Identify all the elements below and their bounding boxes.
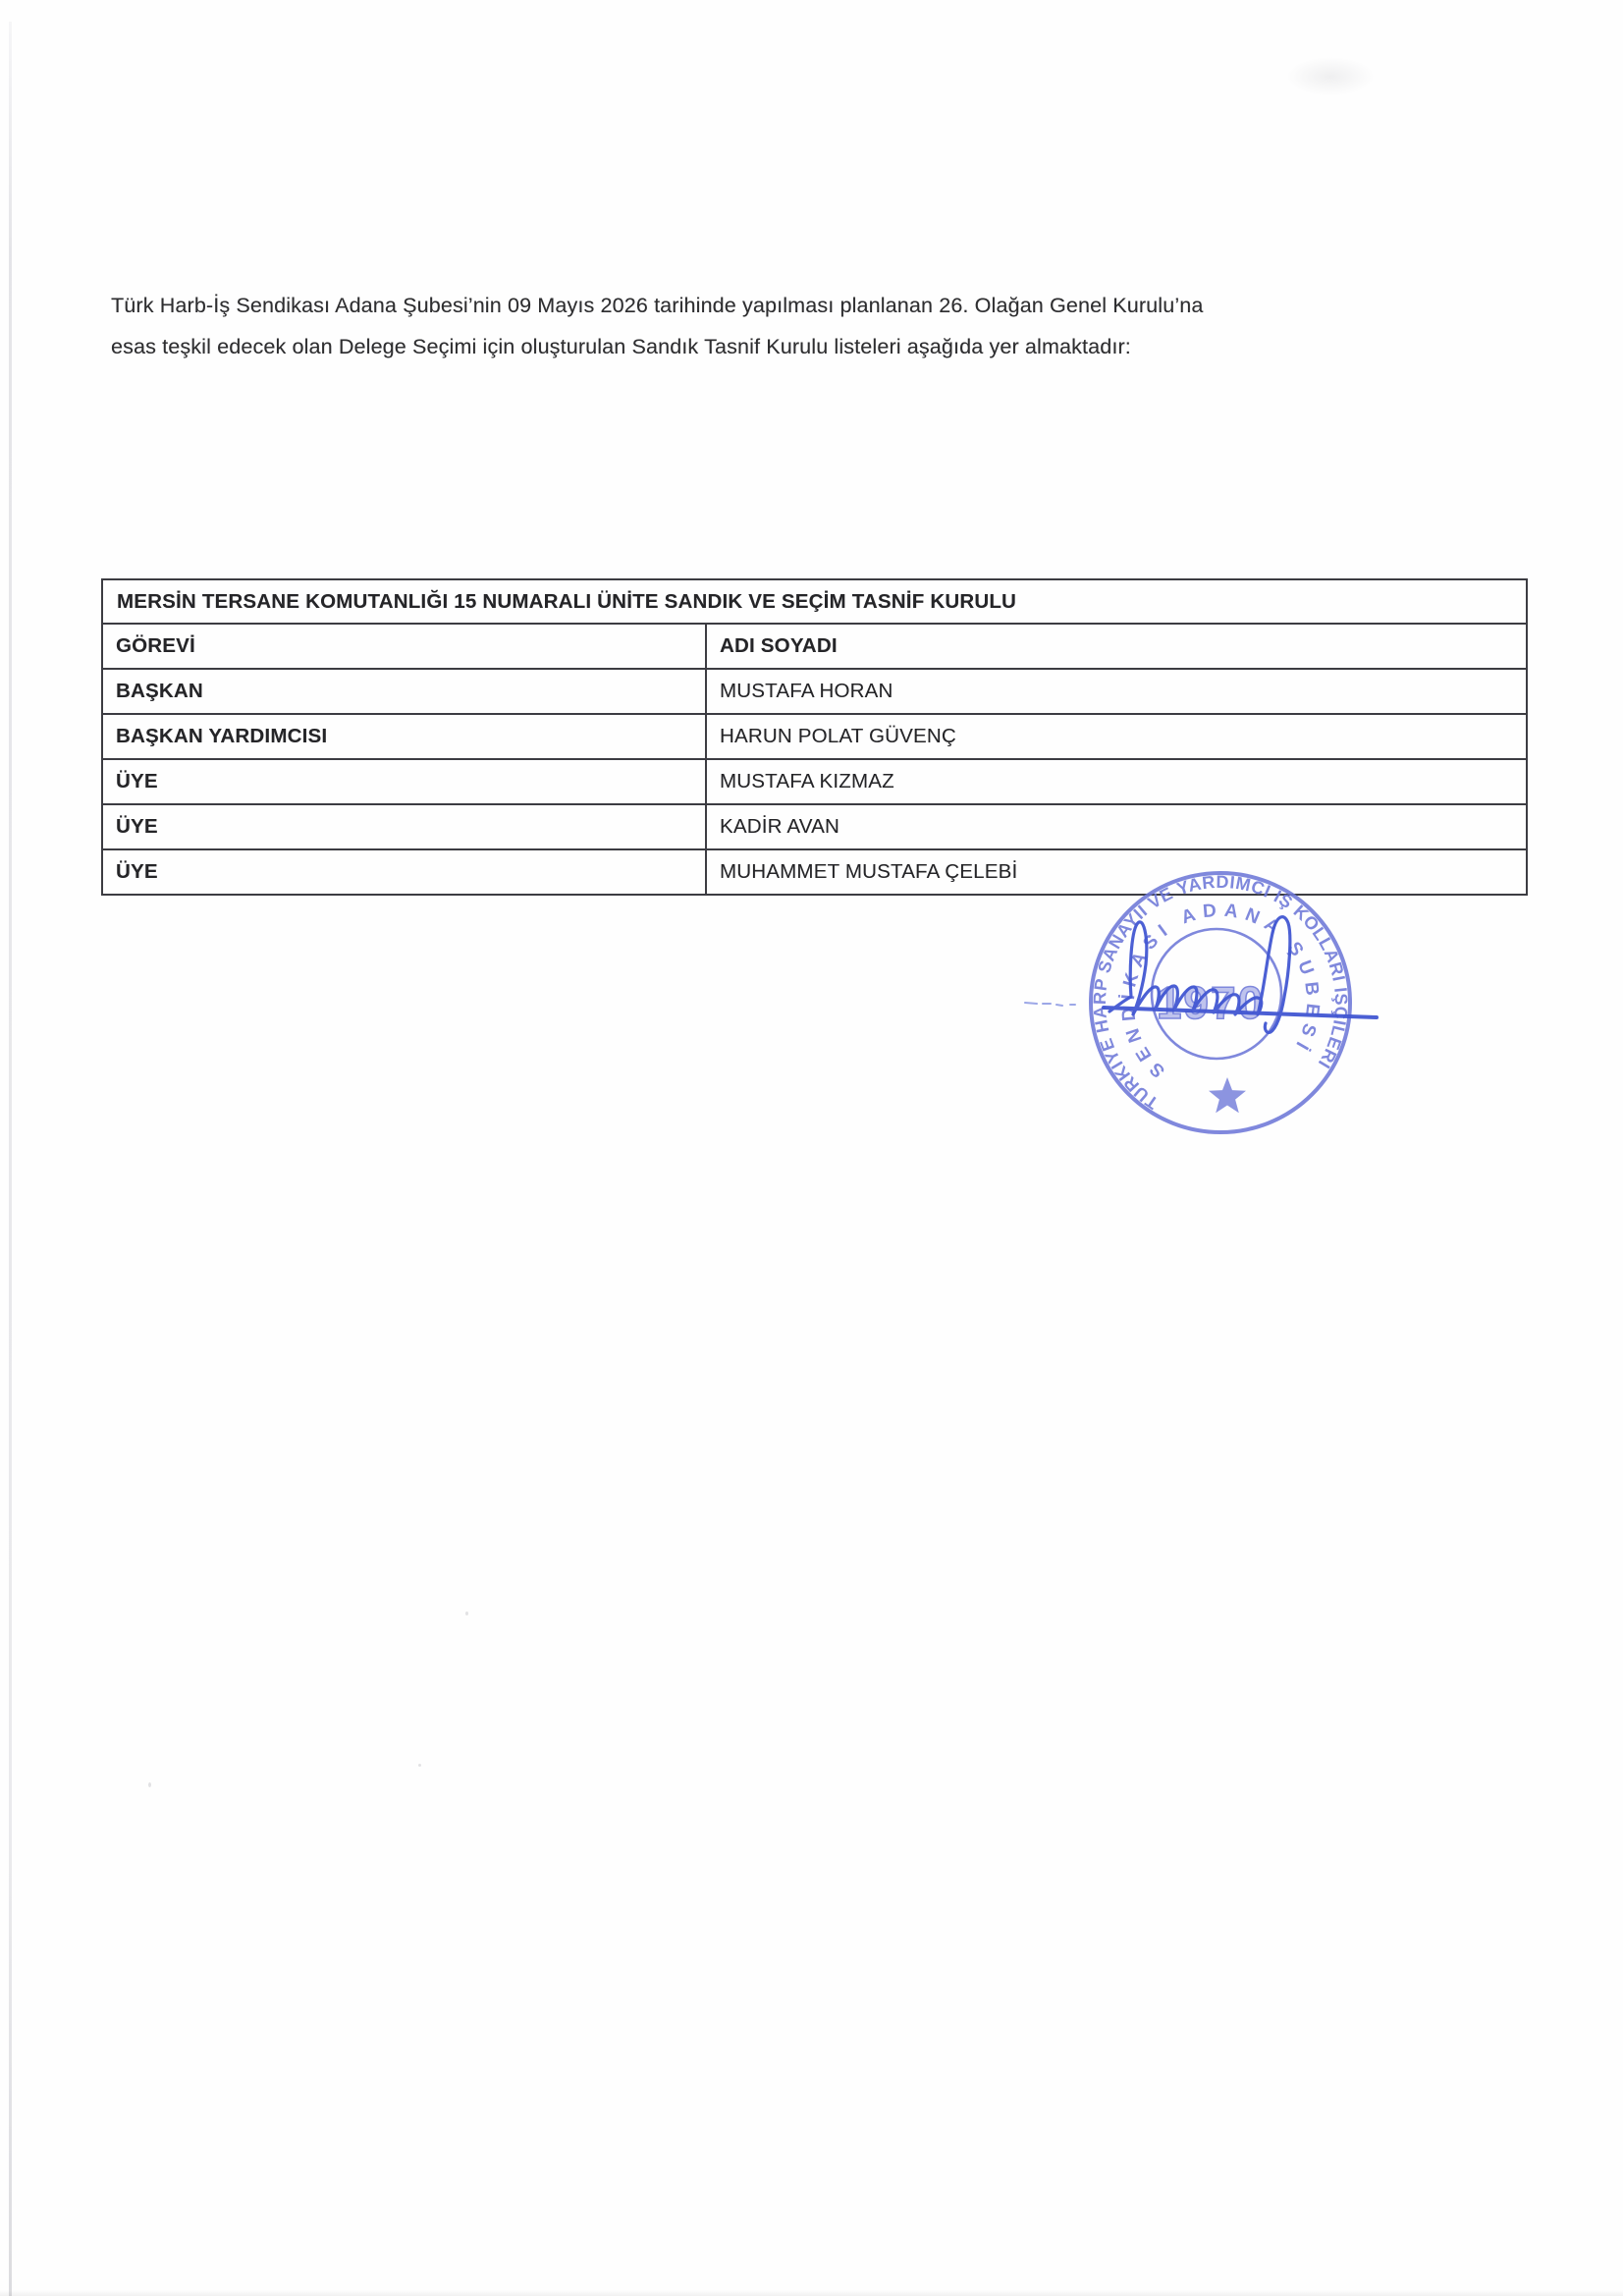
intro-line-1: Türk Harb-İş Sendikası Adana Şubesi’nin … — [111, 285, 1203, 326]
name-cell: KADİR AVAN — [706, 804, 1527, 849]
table-title: MERSİN TERSANE KOMUTANLIĞI 15 NUMARALI Ü… — [102, 579, 1527, 624]
scan-speck — [148, 1782, 151, 1787]
intro-line-2: esas teşkil edecek olan Delege Seçimi iç… — [111, 326, 1203, 367]
scan-smudge — [1286, 57, 1375, 96]
name-cell: MUSTAFA KIZMAZ — [706, 759, 1527, 804]
table-title-row: MERSİN TERSANE KOMUTANLIĞI 15 NUMARALI Ü… — [102, 579, 1527, 624]
scan-edge-artifact — [9, 22, 12, 2296]
union-stamp: TÜRKİYE HARP SANAYİİ VE YARDIMCI İŞ KOLL… — [1011, 862, 1443, 1157]
column-header-gorevi: GÖREVİ — [102, 624, 706, 669]
column-header-adi-soyadi: ADI SOYADI — [706, 624, 1527, 669]
table-header-row: GÖREVİ ADI SOYADI — [102, 624, 1527, 669]
table-row: ÜYE MUSTAFA KIZMAZ — [102, 759, 1527, 804]
signature-left-dashes — [1025, 1003, 1075, 1006]
role-cell: ÜYE — [102, 849, 706, 895]
table-row: BAŞKAN YARDIMCISI HARUN POLAT GÜVENÇ — [102, 714, 1527, 759]
star-icon — [1209, 1077, 1246, 1113]
role-cell: BAŞKAN — [102, 669, 706, 714]
role-cell: BAŞKAN YARDIMCISI — [102, 714, 706, 759]
tasnif-kurulu-table: MERSİN TERSANE KOMUTANLIĞI 15 NUMARALI Ü… — [101, 578, 1528, 896]
scan-speck — [465, 1612, 468, 1615]
name-cell: MUSTAFA HORAN — [706, 669, 1527, 714]
scan-speck — [418, 1764, 421, 1767]
table-row: BAŞKAN MUSTAFA HORAN — [102, 669, 1527, 714]
scan-bottom-shade — [0, 2290, 1623, 2296]
role-cell: ÜYE — [102, 804, 706, 849]
scanned-document-page: Türk Harb-İş Sendikası Adana Şubesi’nin … — [0, 0, 1623, 2296]
table-row: ÜYE KADİR AVAN — [102, 804, 1527, 849]
role-cell: ÜYE — [102, 759, 706, 804]
name-cell: HARUN POLAT GÜVENÇ — [706, 714, 1527, 759]
intro-paragraph: Türk Harb-İş Sendikası Adana Şubesi’nin … — [111, 285, 1203, 367]
